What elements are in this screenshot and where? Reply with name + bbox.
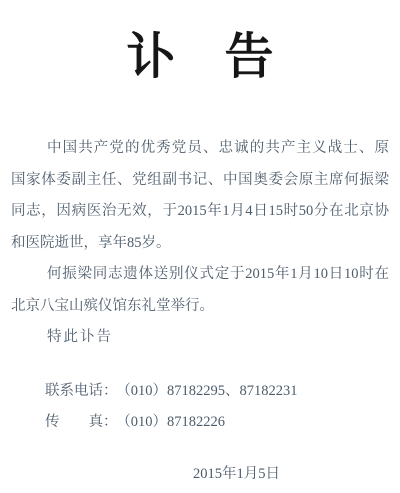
paragraph-line: 中国共产党的优秀党员、忠诚的共产主义战士、原 <box>11 133 389 165</box>
contact-fax-row: 传 真：（010）87182226 <box>11 407 389 439</box>
contact-phone-value: （010）87182295、87182231 <box>118 383 298 399</box>
paragraph-line: 何振梁同志遗体送别仪式定于2015年1月10日10时在 <box>11 259 389 291</box>
contact-phone-row: 联系电话：（010）87182295、87182231 <box>11 376 389 408</box>
closing-statement: 特此讣告 <box>11 322 389 354</box>
document-title: 讣 告 <box>0 0 400 88</box>
paragraph-line: 国家体委副主任、党组副书记、中国奥委会原主席何振梁 <box>11 165 389 197</box>
paragraph-line: 北京八宝山殡仪馆东礼堂举行。 <box>11 291 389 323</box>
contact-fax-value: （010）87182226 <box>118 414 226 430</box>
paragraph-farewell-ceremony: 何振梁同志遗体送别仪式定于2015年1月10日10时在 北京八宝山殡仪馆东礼堂举… <box>11 259 389 322</box>
paragraph-line: 同志，因病医治无效，于2015年1月4日15时50分在北京协 <box>11 196 389 228</box>
contact-fax-label: 传 真： <box>45 414 118 430</box>
contact-phone-label: 联系电话： <box>45 383 118 399</box>
contact-info: 联系电话：（010）87182295、87182231 传 真：（010）871… <box>11 376 389 439</box>
document-date: 2015年1月5日 <box>11 459 389 491</box>
paragraph-line: 和医院逝世，享年85岁。 <box>11 228 389 260</box>
paragraph-death-announcement: 中国共产党的优秀党员、忠诚的共产主义战士、原 国家体委副主任、党组副书记、中国奥… <box>11 133 389 259</box>
document-body: 中国共产党的优秀党员、忠诚的共产主义战士、原 国家体委副主任、党组副书记、中国奥… <box>0 133 400 490</box>
obituary-notice-page: 讣 告 中国共产党的优秀党员、忠诚的共产主义战士、原 国家体委副主任、党组副书记… <box>0 0 400 493</box>
